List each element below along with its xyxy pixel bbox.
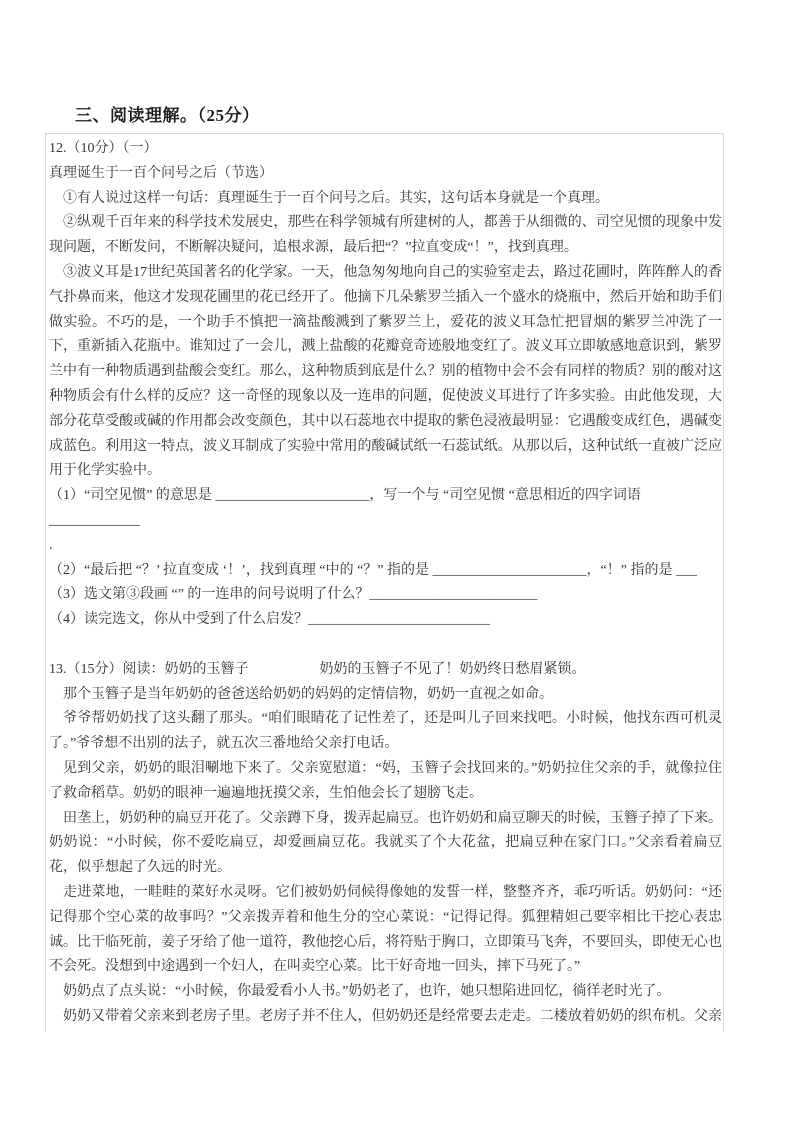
passage2-paragraph-7: 奶奶又带着父亲来到老房子里。老房子并不住人，但奶奶还是经常要去走走。二楼放着奶奶…: [49, 1005, 722, 1032]
passage1-paragraph-1: ①有人说过这样一句话：真理诞生于一百个问号之后。其实，这句话本身就是一个真理。: [49, 187, 722, 212]
passage1-title: 真理诞生于一百个问号之后（节选）: [49, 162, 722, 187]
passage2-paragraph-4: 田垄上，奶奶种的扁豆开花了。父亲蹲下身，拨弄起扁豆。也许奶奶和扁豆聊天的时候，玉…: [49, 807, 722, 881]
passage2-paragraph-2: 爷爷帮奶奶找了这头翻了那头。“咱们眼睛花了记性差了，还是叫儿子回来找吧。小时候，…: [49, 707, 722, 757]
passage2-paragraph-6: 奶奶点了点头说：“小时候，你最爱看小人书。”奶奶老了，也许，她只想陷进回忆，徜徉…: [49, 980, 722, 1005]
question12-item-1: （1）“司空见惯” 的意思是 ______________________，写一…: [49, 484, 722, 534]
question12-header: 12.（10分）（一）: [49, 137, 722, 162]
question13-header: 13.（15分）阅读：奶奶的玉簪子: [49, 662, 249, 677]
question12-item-3: （3）选文第③段画 “” 的一连串的问号说明了什么？______________…: [49, 583, 722, 608]
question13-header-line: 13.（15分）阅读：奶奶的玉簪子 奶奶的玉簪子不见了！奶奶终日愁眉紧锁。: [49, 658, 722, 683]
passage1-paragraph-2: ②纵观千百年来的科学技术发展史，那些在科学领城有所建树的人，都善于从细微的、司空…: [49, 211, 722, 261]
document-page: 三、阅读理解。（25分） 12.（10分）（一） 真理诞生于一百个问号之后（节选…: [0, 0, 794, 1032]
question12-item-1-continuation: .: [49, 534, 722, 559]
reading-box: 12.（10分）（一） 真理诞生于一百个问号之后（节选） ①有人说过这样一句话：…: [45, 133, 724, 1032]
section-heading: 三、阅读理解。（25分）: [75, 0, 794, 126]
question12-item-2: （2）“最后把 “？’ 拉直变成 ‘！’，找到真理 “中的 “？” 指的是 __…: [49, 559, 722, 584]
passage2-lead: 奶奶的玉簪子不见了！奶奶终日愁眉紧锁。: [320, 662, 586, 677]
passage2-paragraph-3: 见到父亲，奶奶的眼泪唰地下来了。父亲宽慰道：“妈，玉簪子会找回来的。”奶奶拉住父…: [49, 757, 722, 807]
passage2-paragraph-5: 走进菜地，一畦畦的菜好水灵呀。它们被奶奶伺候得像她的发誓一样，整整齐齐，乖巧听话…: [49, 881, 722, 980]
passage2-paragraph-1: 那个玉簪子是当年奶奶的爸爸送给奶奶的妈妈的定情信物，奶奶一直视之如命。: [49, 683, 722, 708]
question12-item-4: （4）读完选文，你从中受到了什么启发？_____________________…: [49, 608, 722, 633]
passage1-paragraph-3: ③波义耳是17世纪英国著名的化学家。一天，他急匆匆地向自己的实验室走去，路过花圃…: [49, 261, 722, 484]
